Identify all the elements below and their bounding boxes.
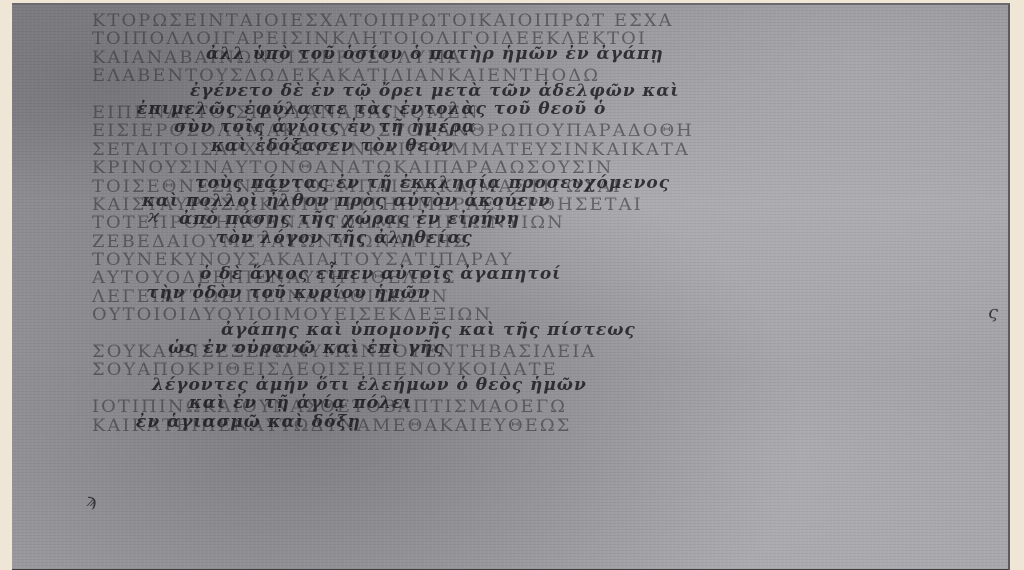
manuscript-line: ΖΕΒΕΔΑΙΟΥΜΕΤΑΤΩΝΥΙΩΝΑΥΤΗΣτὸν λόγον τῆς ἀ…: [92, 232, 1002, 250]
overwriting-text: ἐν ἁγιασμῷ καὶ δόξῃ: [136, 412, 361, 432]
overwriting-text: ὡς ἐν οὐρανῷ καὶ ἐπὶ γῆς: [168, 338, 445, 358]
margin-mark: ϡ: [86, 490, 96, 511]
overwriting-text: ἀγάπης καὶ ὑπομονῆς καὶ τῆς πίστεως: [221, 320, 636, 340]
manuscript-line: ΚΑΙΚΑΤΕΙΠΕΝΑΥΤΩΔΥΝΑΜΕΘΑΚΑΙΕΥΘΕΩΣἐν ἁγιασ…: [92, 416, 1002, 434]
manuscript-page: ΚΤΟΡΩΣΕΙΝΤΑΙΟΙΕΣΧΑΤΟΙΠΡΩΤΟΙΚΑΙΟΙΠΡΩΤ ΕΣΧ…: [12, 3, 1010, 570]
overwriting-text: σὺν τοῖς ἁγίοις ἐν τῇ ἡμέρᾳ: [174, 117, 476, 137]
manuscript-line: ΚΑΙΑΝΑΒΑΙΝΩΝΟΙΣΙΕΡΟΣΟΛΥΜΑἀλλ ὑπὸ τοῦ ὁσί…: [92, 48, 1002, 66]
overwriting-text: τὴν ὁδὸν τοῦ κυρίου ἡμῶν: [147, 283, 431, 303]
overwriting-text: τὸν λόγον τῆς ἀληθείας: [216, 228, 473, 248]
margin-mark: ς: [988, 302, 998, 323]
overwriting-text: καὶ πολλοὶ ἦλθον πρὸς αὐτὸν ἀκούειν: [142, 191, 551, 211]
overwriting-text: καὶ ἐν τῇ ἁγίᾳ πόλει: [189, 393, 413, 413]
overwriting-text: ἐπιμελῶς ἐφύλαττε τὰς ἐντολὰς τοῦ θεοῦ ὁ: [137, 99, 606, 119]
overwriting-text: λέγοντες ἀμήν ὅτι ἐλεήμων ὁ θεὸς ἡμῶν: [152, 375, 587, 395]
text-block: ΚΤΟΡΩΣΕΙΝΤΑΙΟΙΕΣΧΑΤΟΙΠΡΩΤΟΙΚΑΙΟΙΠΡΩΤ ΕΣΧ…: [92, 11, 1002, 434]
overwriting-text: καὶ ἐδόξασεν τὸν θεὸν: [211, 136, 454, 156]
overwriting-text: ὁ δὲ ἅγιος εἶπεν αὐτοῖς ἀγαπητοί: [200, 264, 561, 284]
underwriting-text: ΚΤΟΡΩΣΕΙΝΤΑΙΟΙΕΣΧΑΤΟΙΠΡΩΤΟΙΚΑΙΟΙΠΡΩΤ ΕΣΧ…: [92, 11, 674, 31]
overwriting-text: ἀπὸ πάσης τῆς χώρας ἐν εἰρήνῃ: [179, 209, 520, 229]
overwriting-text: ἐγένετο δὲ ἐν τῷ ὄρει μετὰ τῶν ἀδελφῶν κ…: [190, 81, 680, 101]
manuscript-line: ΚΤΟΡΩΣΕΙΝΤΑΙΟΙΕΣΧΑΤΟΙΠΡΩΤΟΙΚΑΙΟΙΠΡΩΤ ΕΣΧ…: [92, 11, 1002, 29]
manuscript-line: ΣΕΤΑΙΤΟΙΣΑΡΧΙΕΡΕΥΣΙΝΚΑΙΓΡΑΜΜΑΤΕΥΣΙΝΚΑΙΚΑ…: [92, 140, 1002, 158]
manuscript-line: ΛΕΓΕΙΑΥΤΩΕΙΠΕΙΝΑΚΑΘΙΣΩΣΙΝτὴν ὁδὸν τοῦ κυ…: [92, 287, 1002, 305]
manuscript-line: ΣΟΥΚΑΙΕΙΣΕΞΕΥΩΝΥΜΩΝΣΟΥΕΝΤΗΒΑΣΙΛΕΙΑὡς ἐν …: [92, 342, 1002, 360]
overwriting-text: ἀλλ ὑπὸ τοῦ ὁσίου ὁ πατὴρ ἡμῶν ἐν ἀγάπῃ: [206, 44, 664, 64]
overwriting-text: τοὺς πάντας ἐν τῇ ἐκκλησίᾳ προσευχόμενος: [195, 173, 670, 193]
margin-mark: ϰ: [148, 206, 159, 227]
